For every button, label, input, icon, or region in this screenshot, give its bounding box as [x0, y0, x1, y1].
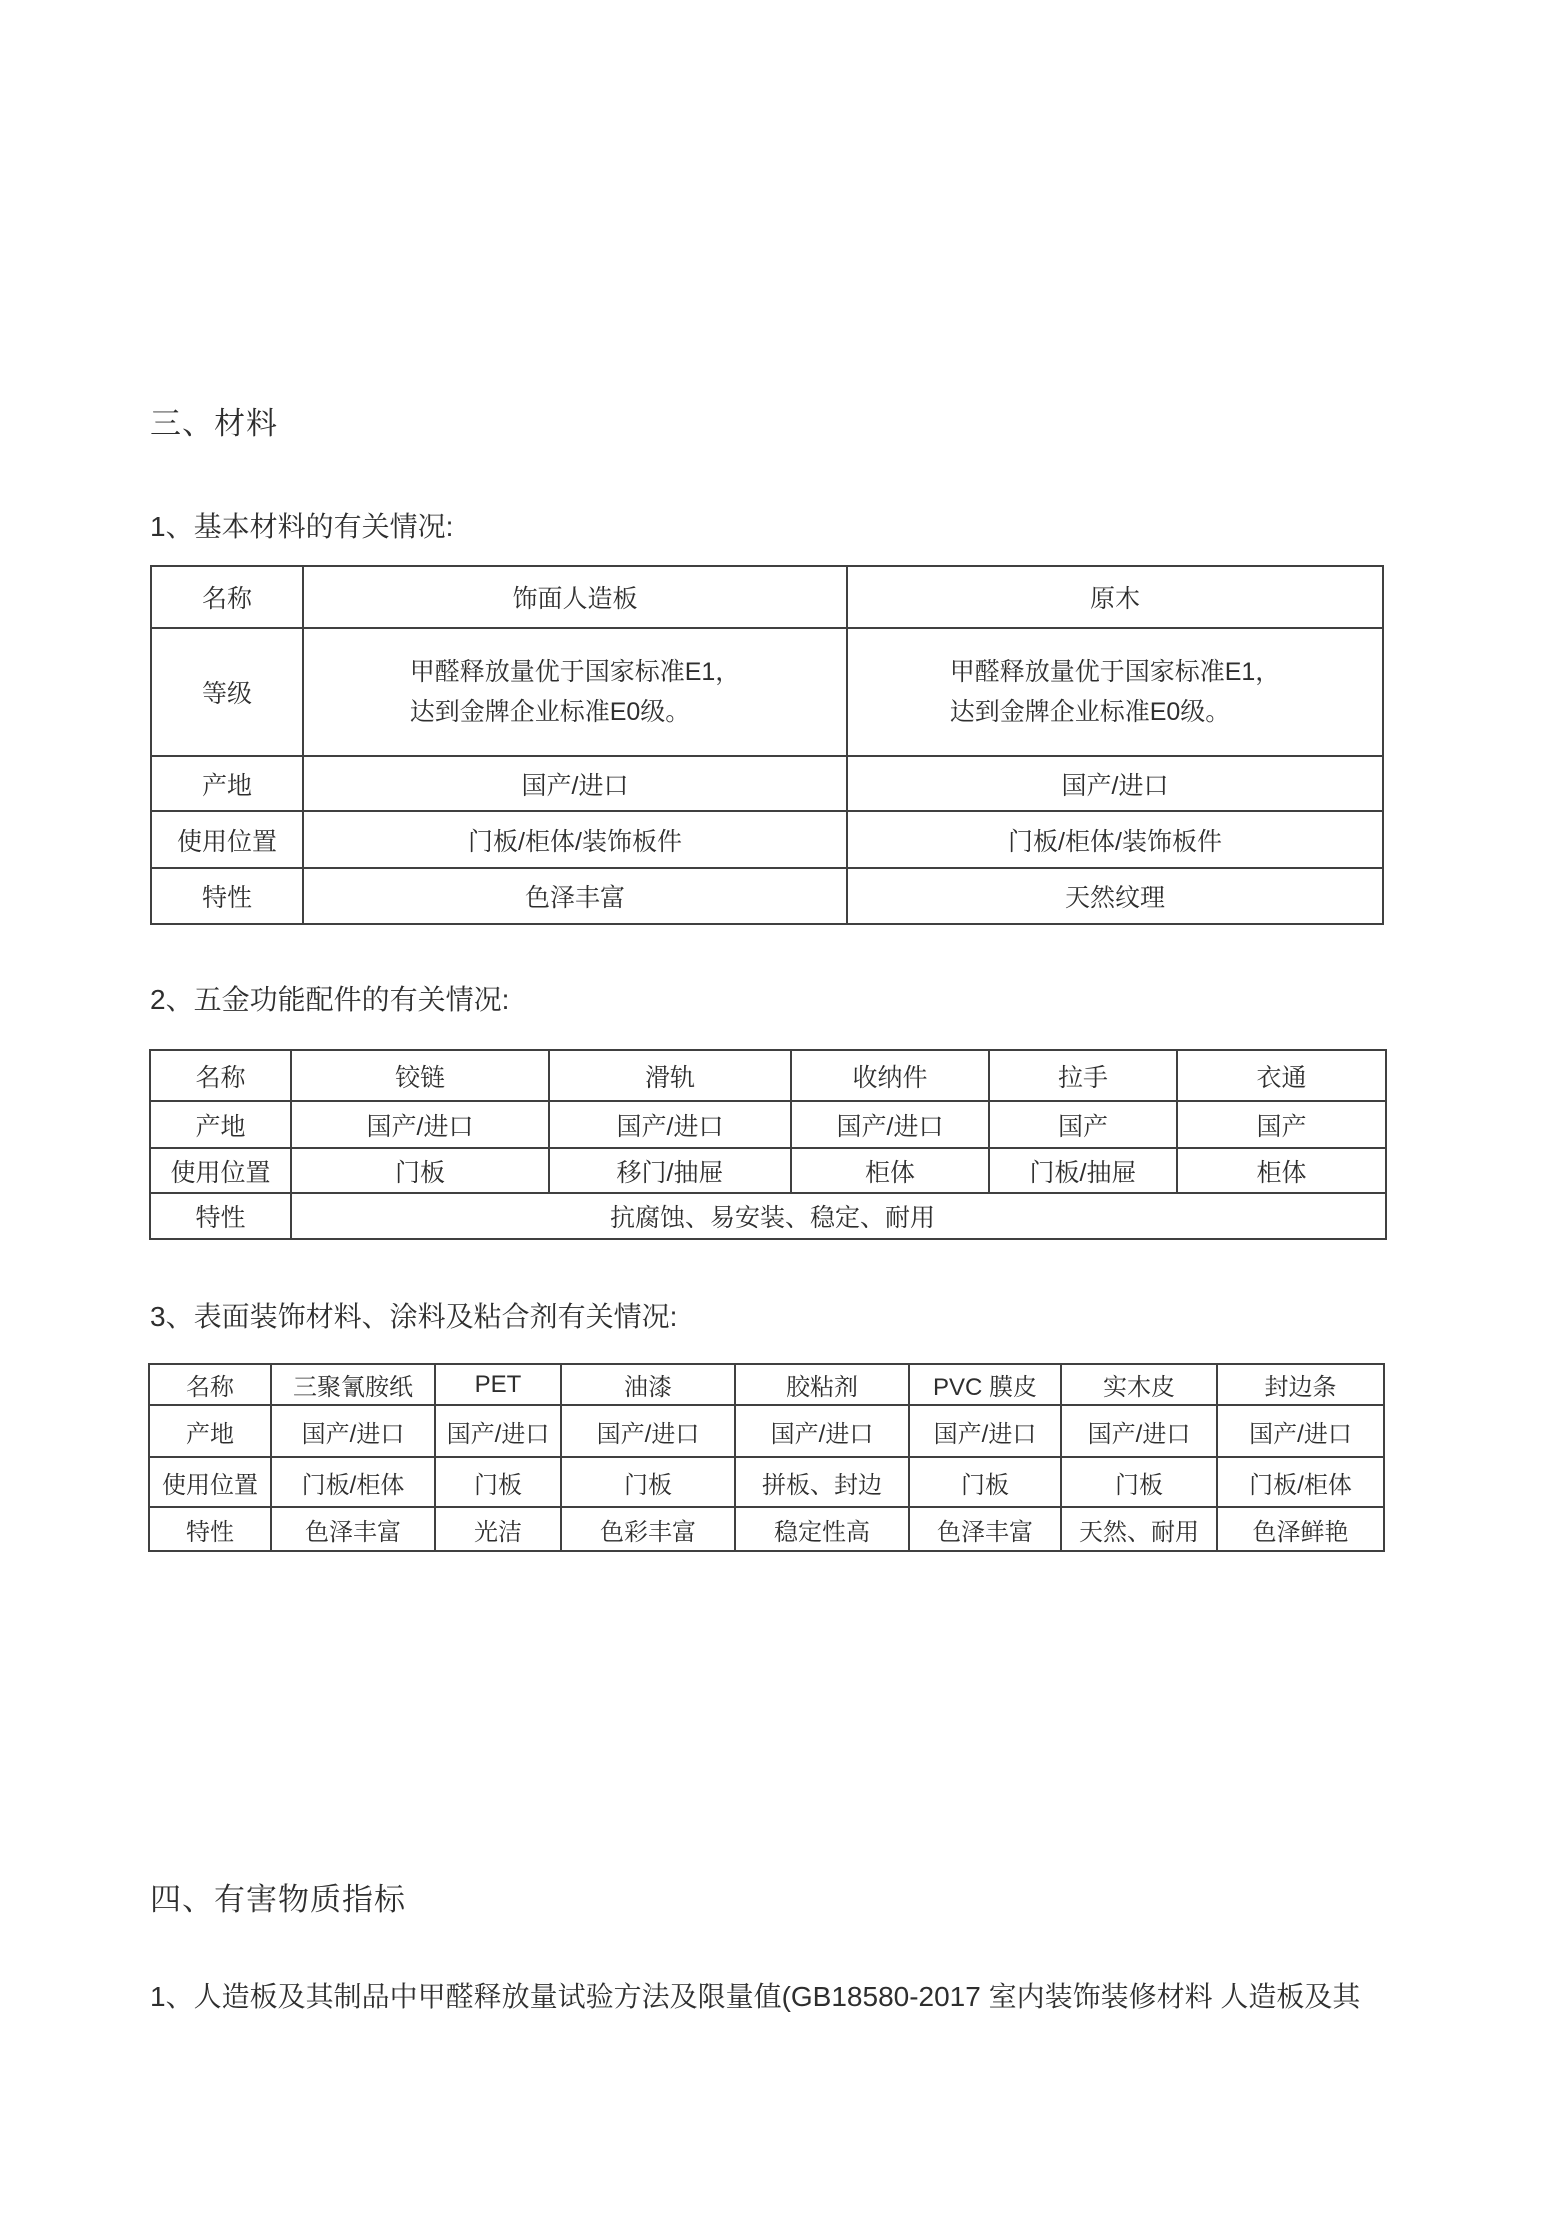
row-label: 等级: [151, 628, 303, 756]
table-cell: 门板: [1061, 1457, 1217, 1507]
table-cell: 三聚氰胺纸: [271, 1364, 435, 1405]
table-cell: 拼板、封边: [735, 1457, 909, 1507]
table-cell: 国产/进口: [435, 1405, 561, 1457]
table-cell: 国产/进口: [735, 1405, 909, 1457]
table-cell: 收纳件: [791, 1050, 989, 1101]
table-cell: 铰链: [291, 1050, 549, 1101]
table-cell: 甲醛释放量优于国家标准E1， 达到金牌企业标准E0级。: [847, 628, 1383, 756]
table-cell: 国产: [989, 1101, 1177, 1148]
table-cell: 封边条: [1217, 1364, 1384, 1405]
table-cell: 国产/进口: [271, 1405, 435, 1457]
table-row: 特性 抗腐蚀、易安装、稳定、耐用: [150, 1193, 1386, 1239]
table-cell-merged: 抗腐蚀、易安装、稳定、耐用: [291, 1193, 1386, 1239]
table-cell: 门板: [435, 1457, 561, 1507]
table-cell: 门板: [909, 1457, 1061, 1507]
table-cell: 天然纹理: [847, 868, 1383, 924]
table-row: 名称 三聚氰胺纸 PET 油漆 胶粘剂 PVC 膜皮 实木皮 封边条: [149, 1364, 1384, 1405]
table-cell: 国产: [1177, 1101, 1386, 1148]
table-cell: 色泽丰富: [271, 1507, 435, 1551]
table-cell: 原木: [847, 566, 1383, 628]
table-cell: 门板: [291, 1148, 549, 1193]
table-cell: 国产/进口: [847, 756, 1383, 811]
table-cell: 门板: [561, 1457, 735, 1507]
row-label: 特性: [150, 1193, 291, 1239]
grade-text: 甲醛释放量优于国家标准E1， 达到金牌企业标准E0级。: [950, 652, 1281, 732]
table-cell: 国产/进口: [549, 1101, 791, 1148]
table-cell: 门板/柜体: [271, 1457, 435, 1507]
table-cell: 衣通: [1177, 1050, 1386, 1101]
document-page: 三、材料 1、基本材料的有关情况: 名称 饰面人造板 原木 等级 甲醛释放量优于…: [0, 0, 1550, 2220]
table-cell: 饰面人造板: [303, 566, 847, 628]
table-row: 使用位置 门板/柜体/装饰板件 门板/柜体/装饰板件: [151, 811, 1383, 868]
table-cell: 甲醛释放量优于国家标准E1， 达到金牌企业标准E0级。: [303, 628, 847, 756]
table-cell: PVC 膜皮: [909, 1364, 1061, 1405]
table-cell: 国产/进口: [561, 1405, 735, 1457]
table-row: 使用位置 门板/柜体 门板 门板 拼板、封边 门板 门板 门板/柜体: [149, 1457, 1384, 1507]
table-cell: 色泽丰富: [303, 868, 847, 924]
row-label: 使用位置: [150, 1148, 291, 1193]
table-cell: 门板/柜体: [1217, 1457, 1384, 1507]
table-cell: 门板/抽屉: [989, 1148, 1177, 1193]
table-cell: 色泽鲜艳: [1217, 1507, 1384, 1551]
table-cell: 国产/进口: [291, 1101, 549, 1148]
table-cell: 国产/进口: [1061, 1405, 1217, 1457]
row-label: 产地: [151, 756, 303, 811]
table-cell: 天然、耐用: [1061, 1507, 1217, 1551]
table-cell: 稳定性高: [735, 1507, 909, 1551]
table-cell: 门板/柜体/装饰板件: [847, 811, 1383, 868]
table-cell: 色泽丰富: [909, 1507, 1061, 1551]
table-cell: 移门/抽屉: [549, 1148, 791, 1193]
table-row: 特性 色泽丰富 光洁 色彩丰富 稳定性高 色泽丰富 天然、耐用 色泽鲜艳: [149, 1507, 1384, 1551]
row-label: 产地: [149, 1405, 271, 1457]
row-label: 使用位置: [151, 811, 303, 868]
table-cell: 国产/进口: [303, 756, 847, 811]
table-cell: PET: [435, 1364, 561, 1405]
footer-paragraph: 1、人造板及其制品中甲醛释放量试验方法及限量值(GB18580-2017 室内装…: [150, 1982, 1360, 2011]
table-row: 产地 国产/进口 国产/进口 国产/进口 国产 国产: [150, 1101, 1386, 1148]
table-cell: 光洁: [435, 1507, 561, 1551]
row-label: 使用位置: [149, 1457, 271, 1507]
table-cell: 门板/柜体/装饰板件: [303, 811, 847, 868]
subsection-1-heading: 1、基本材料的有关情况:: [150, 512, 453, 541]
table-cell: 油漆: [561, 1364, 735, 1405]
table-cell: 实木皮: [1061, 1364, 1217, 1405]
table-row: 特性 色泽丰富 天然纹理: [151, 868, 1383, 924]
table-cell: 拉手: [989, 1050, 1177, 1101]
subsection-3-heading: 3、表面装饰材料、涂料及粘合剂有关情况:: [150, 1302, 677, 1331]
grade-text: 甲醛释放量优于国家标准E1， 达到金牌企业标准E0级。: [410, 652, 741, 732]
basic-materials-table: 名称 饰面人造板 原木 等级 甲醛释放量优于国家标准E1， 达到金牌企业标准E0…: [150, 565, 1384, 925]
row-label: 特性: [151, 868, 303, 924]
table-row: 名称 饰面人造板 原木: [151, 566, 1383, 628]
row-label: 特性: [149, 1507, 271, 1551]
table-cell: 国产/进口: [791, 1101, 989, 1148]
table-row: 等级 甲醛释放量优于国家标准E1， 达到金牌企业标准E0级。 甲醛释放量优于国家…: [151, 628, 1383, 756]
table-cell: 国产/进口: [1217, 1405, 1384, 1457]
section-3-heading: 三、材料: [150, 408, 278, 441]
row-label: 产地: [150, 1101, 291, 1148]
surface-materials-table: 名称 三聚氰胺纸 PET 油漆 胶粘剂 PVC 膜皮 实木皮 封边条 产地 国产…: [148, 1363, 1385, 1552]
table-cell: 胶粘剂: [735, 1364, 909, 1405]
hardware-accessories-table: 名称 铰链 滑轨 收纳件 拉手 衣通 产地 国产/进口 国产/进口 国产/进口 …: [149, 1049, 1387, 1240]
table-cell: 色彩丰富: [561, 1507, 735, 1551]
row-label: 名称: [151, 566, 303, 628]
table-cell: 滑轨: [549, 1050, 791, 1101]
subsection-2-heading: 2、五金功能配件的有关情况:: [150, 985, 509, 1014]
row-label: 名称: [149, 1364, 271, 1405]
section-4-heading: 四、有害物质指标: [150, 1884, 406, 1917]
table-cell: 国产/进口: [909, 1405, 1061, 1457]
table-cell: 柜体: [791, 1148, 989, 1193]
table-row: 使用位置 门板 移门/抽屉 柜体 门板/抽屉 柜体: [150, 1148, 1386, 1193]
table-row: 产地 国产/进口 国产/进口 国产/进口 国产/进口 国产/进口 国产/进口 国…: [149, 1405, 1384, 1457]
table-cell: 柜体: [1177, 1148, 1386, 1193]
table-row: 产地 国产/进口 国产/进口: [151, 756, 1383, 811]
table-row: 名称 铰链 滑轨 收纳件 拉手 衣通: [150, 1050, 1386, 1101]
row-label: 名称: [150, 1050, 291, 1101]
